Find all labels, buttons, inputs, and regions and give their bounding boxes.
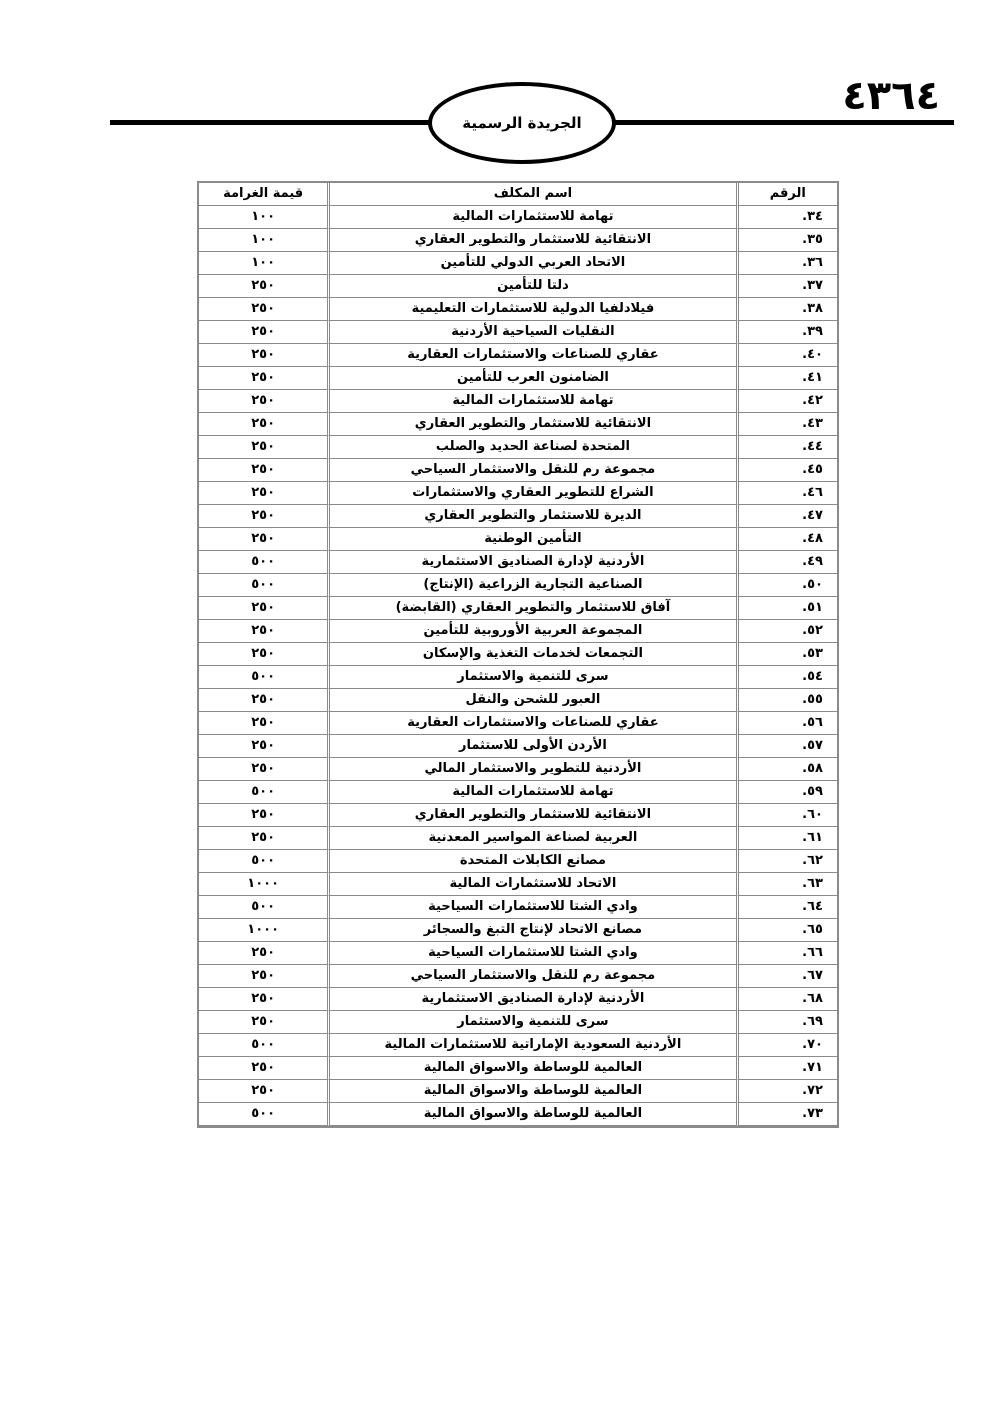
row-number: ٥٣. bbox=[739, 643, 837, 666]
table-row: ٦٠.الانتقائية للاستثمار والتطوير العقاري… bbox=[199, 804, 837, 827]
gazette-title-oval: الجريدة الرسمية bbox=[428, 82, 616, 164]
row-name: العالمية للوساطة والاسواق المالية bbox=[330, 1057, 738, 1080]
table-row: ٥٢.المجموعة العربية الأوروبية للتأمين٢٥٠ bbox=[199, 620, 837, 643]
row-fine: ٢٥٠ bbox=[199, 827, 330, 850]
table-row: ٥٧.الأردن الأولى للاستثمار٢٥٠ bbox=[199, 735, 837, 758]
row-name: الاتحاد العربي الدولي للتأمين bbox=[330, 252, 738, 275]
row-number: ٦٠. bbox=[739, 804, 837, 827]
row-fine: ٢٥٠ bbox=[199, 505, 330, 528]
table-row: ٦٤.وادي الشتا للاستثمارات السياحية٥٠٠ bbox=[199, 896, 837, 919]
table-row: ٥٩.تهامة للاستثمارات المالية٥٠٠ bbox=[199, 781, 837, 804]
row-name: الانتقائية للاستثمار والتطوير العقاري bbox=[330, 229, 738, 252]
row-fine: ٢٥٠ bbox=[199, 459, 330, 482]
row-name: الأردنية للتطوير والاستثمار المالي bbox=[330, 758, 738, 781]
table-row: ٧١.العالمية للوساطة والاسواق المالية٢٥٠ bbox=[199, 1057, 837, 1080]
table-row: ٤٧.الديرة للاستثمار والتطوير العقاري٢٥٠ bbox=[199, 505, 837, 528]
row-number: ٣٧. bbox=[739, 275, 837, 298]
row-number: ٧٣. bbox=[739, 1103, 837, 1126]
row-number: ٤١. bbox=[739, 367, 837, 390]
row-fine: ٢٥٠ bbox=[199, 689, 330, 712]
table-row: ٤٣.الانتقائية للاستثمار والتطوير العقاري… bbox=[199, 413, 837, 436]
column-header-name: اسم المكلف bbox=[330, 183, 738, 206]
row-name: تهامة للاستثمارات المالية bbox=[330, 781, 738, 804]
row-name: عقاري للصناعات والاستثمارات العقارية bbox=[330, 344, 738, 367]
table-row: ٤٦.الشراع للتطوير العقاري والاستثمارات٢٥… bbox=[199, 482, 837, 505]
row-fine: ١٠٠ bbox=[199, 252, 330, 275]
row-name: تهامة للاستثمارات المالية bbox=[330, 206, 738, 229]
row-fine: ١٠٠٠ bbox=[199, 919, 330, 942]
table-row: ٣٨.فيلادلفيا الدولية للاستثمارات التعليم… bbox=[199, 298, 837, 321]
row-number: ٣٥. bbox=[739, 229, 837, 252]
row-name: مجموعة رم للنقل والاستثمار السياحي bbox=[330, 965, 738, 988]
row-number: ٣٨. bbox=[739, 298, 837, 321]
row-fine: ١٠٠ bbox=[199, 229, 330, 252]
row-fine: ٢٥٠ bbox=[199, 758, 330, 781]
row-fine: ٥٠٠ bbox=[199, 850, 330, 873]
row-number: ٦٣. bbox=[739, 873, 837, 896]
row-name: المجموعة العربية الأوروبية للتأمين bbox=[330, 620, 738, 643]
row-name: المتحدة لصناعة الحديد والصلب bbox=[330, 436, 738, 459]
row-name: وادي الشتا للاستثمارات السياحية bbox=[330, 896, 738, 919]
table-row: ٤٥.مجموعة رم للنقل والاستثمار السياحي٢٥٠ bbox=[199, 459, 837, 482]
table-row: ٣٦.الاتحاد العربي الدولي للتأمين١٠٠ bbox=[199, 252, 837, 275]
table-row: ٦١.العربية لصناعة المواسير المعدنية٢٥٠ bbox=[199, 827, 837, 850]
row-fine: ٢٥٠ bbox=[199, 988, 330, 1011]
table-row: ٤١.الضامنون العرب للتأمين٢٥٠ bbox=[199, 367, 837, 390]
table-row: ٥٤.سرى للتنمية والاستثمار٥٠٠ bbox=[199, 666, 837, 689]
row-name: الصناعية التجارية الزراعية (الإنتاج) bbox=[330, 574, 738, 597]
row-number: ٤٥. bbox=[739, 459, 837, 482]
row-name: التجمعات لخدمات التغذية والإسكان bbox=[330, 643, 738, 666]
row-number: ٦٧. bbox=[739, 965, 837, 988]
row-fine: ٢٥٠ bbox=[199, 804, 330, 827]
table-header-row: الرقم اسم المكلف قيمة الغرامة bbox=[199, 183, 837, 206]
table-row: ٦٢.مصانع الكابلات المتحدة٥٠٠ bbox=[199, 850, 837, 873]
row-fine: ٢٥٠ bbox=[199, 1080, 330, 1103]
row-number: ٦٥. bbox=[739, 919, 837, 942]
row-name: تهامة للاستثمارات المالية bbox=[330, 390, 738, 413]
row-number: ٤٦. bbox=[739, 482, 837, 505]
row-name: الأردنية لإدارة الصناديق الاستثمارية bbox=[330, 988, 738, 1011]
row-fine: ٥٠٠ bbox=[199, 1103, 330, 1126]
gazette-title: الجريدة الرسمية bbox=[462, 114, 581, 132]
row-number: ٧٠. bbox=[739, 1034, 837, 1057]
row-number: ٦٩. bbox=[739, 1011, 837, 1034]
row-name: عقاري للصناعات والاستثمارات العقارية bbox=[330, 712, 738, 735]
row-fine: ٥٠٠ bbox=[199, 896, 330, 919]
table-row: ٣٧.دلتا للتأمين٢٥٠ bbox=[199, 275, 837, 298]
row-name: النقليات السياحية الأردنية bbox=[330, 321, 738, 344]
row-fine: ٢٥٠ bbox=[199, 436, 330, 459]
row-number: ٧١. bbox=[739, 1057, 837, 1080]
row-name: الأردنية لإدارة الصناديق الاستثمارية bbox=[330, 551, 738, 574]
table-row: ٦٩.سرى للتنمية والاستثمار٢٥٠ bbox=[199, 1011, 837, 1034]
row-number: ٥٧. bbox=[739, 735, 837, 758]
row-name: مجموعة رم للنقل والاستثمار السياحي bbox=[330, 459, 738, 482]
row-fine: ٢٥٠ bbox=[199, 942, 330, 965]
row-name: الاتحاد للاستثمارات المالية bbox=[330, 873, 738, 896]
row-fine: ٥٠٠ bbox=[199, 666, 330, 689]
row-fine: ٢٥٠ bbox=[199, 413, 330, 436]
row-number: ٦٤. bbox=[739, 896, 837, 919]
table-row: ٥١.آفاق للاستثمار والتطوير العقاري (القا… bbox=[199, 597, 837, 620]
table-row: ٧٢.العالمية للوساطة والاسواق المالية٢٥٠ bbox=[199, 1080, 837, 1103]
row-number: ٥٠. bbox=[739, 574, 837, 597]
row-fine: ٢٥٠ bbox=[199, 482, 330, 505]
row-name: العالمية للوساطة والاسواق المالية bbox=[330, 1103, 738, 1126]
table-row: ٤٤.المتحدة لصناعة الحديد والصلب٢٥٠ bbox=[199, 436, 837, 459]
fines-table: الرقم اسم المكلف قيمة الغرامة ٣٤.تهامة ل… bbox=[197, 181, 839, 1128]
column-header-number: الرقم bbox=[739, 183, 837, 206]
row-name: العالمية للوساطة والاسواق المالية bbox=[330, 1080, 738, 1103]
table-row: ٧٣.العالمية للوساطة والاسواق المالية٥٠٠ bbox=[199, 1103, 837, 1126]
table-row: ٥٠.الصناعية التجارية الزراعية (الإنتاج)٥… bbox=[199, 574, 837, 597]
page-number: ٤٣٦٤ bbox=[842, 72, 940, 120]
table-row: ٥٣.التجمعات لخدمات التغذية والإسكان٢٥٠ bbox=[199, 643, 837, 666]
row-name: الأردن الأولى للاستثمار bbox=[330, 735, 738, 758]
row-number: ٣٦. bbox=[739, 252, 837, 275]
row-name: الأردنية السعودية الإماراتية للاستثمارات… bbox=[330, 1034, 738, 1057]
row-name: الانتقائية للاستثمار والتطوير العقاري bbox=[330, 413, 738, 436]
row-name: سرى للتنمية والاستثمار bbox=[330, 1011, 738, 1034]
row-name: مصانع الكابلات المتحدة bbox=[330, 850, 738, 873]
row-number: ٣٩. bbox=[739, 321, 837, 344]
row-number: ٦٢. bbox=[739, 850, 837, 873]
row-name: سرى للتنمية والاستثمار bbox=[330, 666, 738, 689]
row-fine: ٢٥٠ bbox=[199, 965, 330, 988]
row-number: ٥٦. bbox=[739, 712, 837, 735]
row-name: الشراع للتطوير العقاري والاستثمارات bbox=[330, 482, 738, 505]
row-number: ٣٤. bbox=[739, 206, 837, 229]
row-name: فيلادلفيا الدولية للاستثمارات التعليمية bbox=[330, 298, 738, 321]
table-row: ٥٦.عقاري للصناعات والاستثمارات العقارية٢… bbox=[199, 712, 837, 735]
row-name: الديرة للاستثمار والتطوير العقاري bbox=[330, 505, 738, 528]
row-fine: ٢٥٠ bbox=[199, 735, 330, 758]
table-row: ٤٨.التأمين الوطنية٢٥٠ bbox=[199, 528, 837, 551]
row-number: ٤٠. bbox=[739, 344, 837, 367]
row-name: الضامنون العرب للتأمين bbox=[330, 367, 738, 390]
table-body: ٣٤.تهامة للاستثمارات المالية١٠٠٣٥.الانتق… bbox=[199, 206, 837, 1126]
row-number: ٦٦. bbox=[739, 942, 837, 965]
row-fine: ١٠٠٠ bbox=[199, 873, 330, 896]
row-fine: ٥٠٠ bbox=[199, 1034, 330, 1057]
row-fine: ٢٥٠ bbox=[199, 390, 330, 413]
row-fine: ٢٥٠ bbox=[199, 643, 330, 666]
row-number: ٤٨. bbox=[739, 528, 837, 551]
table-row: ٣٤.تهامة للاستثمارات المالية١٠٠ bbox=[199, 206, 837, 229]
row-fine: ٢٥٠ bbox=[199, 528, 330, 551]
row-number: ٥٩. bbox=[739, 781, 837, 804]
row-fine: ٢٥٠ bbox=[199, 1011, 330, 1034]
row-name: العبور للشحن والنقل bbox=[330, 689, 738, 712]
row-number: ٦١. bbox=[739, 827, 837, 850]
row-name: مصانع الاتحاد لإنتاج التبغ والسجائر bbox=[330, 919, 738, 942]
table-row: ٦٨.الأردنية لإدارة الصناديق الاستثمارية٢… bbox=[199, 988, 837, 1011]
row-fine: ٢٥٠ bbox=[199, 597, 330, 620]
table-row: ٦٥.مصانع الاتحاد لإنتاج التبغ والسجائر١٠… bbox=[199, 919, 837, 942]
row-number: ٤٩. bbox=[739, 551, 837, 574]
row-fine: ٥٠٠ bbox=[199, 551, 330, 574]
table-row: ٦٦.وادي الشتا للاستثمارات السياحية٢٥٠ bbox=[199, 942, 837, 965]
table-row: ٧٠.الأردنية السعودية الإماراتية للاستثما… bbox=[199, 1034, 837, 1057]
row-fine: ١٠٠ bbox=[199, 206, 330, 229]
table-row: ٣٩.النقليات السياحية الأردنية٢٥٠ bbox=[199, 321, 837, 344]
table-row: ٤٠.عقاري للصناعات والاستثمارات العقارية٢… bbox=[199, 344, 837, 367]
row-fine: ٢٥٠ bbox=[199, 275, 330, 298]
row-number: ٤٣. bbox=[739, 413, 837, 436]
row-fine: ٢٥٠ bbox=[199, 298, 330, 321]
row-number: ٥٢. bbox=[739, 620, 837, 643]
row-fine: ٥٠٠ bbox=[199, 574, 330, 597]
row-name: العربية لصناعة المواسير المعدنية bbox=[330, 827, 738, 850]
row-number: ٥٥. bbox=[739, 689, 837, 712]
table-row: ٦٧.مجموعة رم للنقل والاستثمار السياحي٢٥٠ bbox=[199, 965, 837, 988]
table-row: ٦٣.الاتحاد للاستثمارات المالية١٠٠٠ bbox=[199, 873, 837, 896]
row-fine: ٢٥٠ bbox=[199, 620, 330, 643]
table-row: ٤٢.تهامة للاستثمارات المالية٢٥٠ bbox=[199, 390, 837, 413]
row-fine: ٢٥٠ bbox=[199, 1057, 330, 1080]
row-number: ٤٧. bbox=[739, 505, 837, 528]
row-number: ٥١. bbox=[739, 597, 837, 620]
row-fine: ٢٥٠ bbox=[199, 344, 330, 367]
row-number: ٥٨. bbox=[739, 758, 837, 781]
row-number: ٤٤. bbox=[739, 436, 837, 459]
row-number: ٧٢. bbox=[739, 1080, 837, 1103]
table-row: ٣٥.الانتقائية للاستثمار والتطوير العقاري… bbox=[199, 229, 837, 252]
row-name: آفاق للاستثمار والتطوير العقاري (القابضة… bbox=[330, 597, 738, 620]
column-header-fine: قيمة الغرامة bbox=[199, 183, 330, 206]
row-number: ٥٤. bbox=[739, 666, 837, 689]
row-number: ٦٨. bbox=[739, 988, 837, 1011]
table-row: ٥٥.العبور للشحن والنقل٢٥٠ bbox=[199, 689, 837, 712]
table-row: ٥٨.الأردنية للتطوير والاستثمار المالي٢٥٠ bbox=[199, 758, 837, 781]
row-name: وادي الشتا للاستثمارات السياحية bbox=[330, 942, 738, 965]
row-number: ٤٢. bbox=[739, 390, 837, 413]
row-fine: ٢٥٠ bbox=[199, 321, 330, 344]
row-name: التأمين الوطنية bbox=[330, 528, 738, 551]
row-name: دلتا للتأمين bbox=[330, 275, 738, 298]
row-fine: ٢٥٠ bbox=[199, 367, 330, 390]
row-fine: ٥٠٠ bbox=[199, 781, 330, 804]
table-row: ٤٩.الأردنية لإدارة الصناديق الاستثمارية٥… bbox=[199, 551, 837, 574]
row-fine: ٢٥٠ bbox=[199, 712, 330, 735]
row-name: الانتقائية للاستثمار والتطوير العقاري bbox=[330, 804, 738, 827]
